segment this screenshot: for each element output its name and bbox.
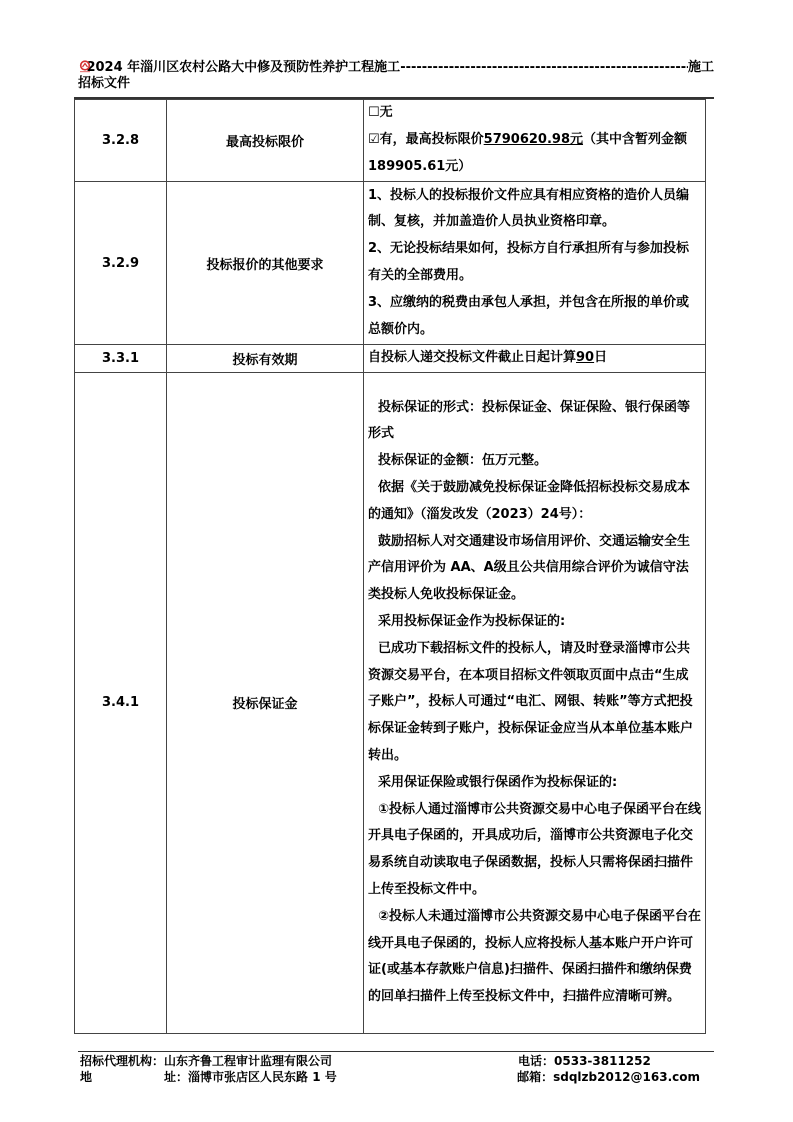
phone-label: 电话： — [518, 1054, 554, 1068]
organization-logo-icon — [78, 62, 85, 76]
table-row: 3.4.1 投标保证金 投标保证的形式：投标保证金、保证保险、银行保函等形式 投… — [75, 372, 706, 1033]
clause-content: 投标保证的形式：投标保证金、保证保险、银行保函等形式 投标保证的金额：伍万元整。… — [364, 372, 706, 1033]
footer-divider — [78, 1051, 714, 1052]
electronic-guarantee-option-1: ①投标人通过淄博市公共资源交易中心电子保函平台在线开具电子保函的，开具成功后，淄… — [368, 797, 701, 904]
bid-data-table: 3.2.8 最高投标限价 ☐无 ☑有，最高投标限价5790620.98元（其中含… — [74, 99, 706, 1034]
address-label-1: 地 — [80, 1069, 164, 1085]
clause-item: 投标保证金 — [167, 372, 364, 1033]
document-type: 招标文件 — [78, 76, 714, 92]
table-row: 3.2.8 最高投标限价 ☐无 ☑有，最高投标限价5790620.98元（其中含… — [75, 100, 706, 182]
guarantee-exemption: 鼓励招标人对交通建设市场信用评价、交通运输安全生产信用评价为 AA、A级且公共信… — [368, 529, 701, 609]
agency-name: 山东齐鲁工程审计监理有限公司 — [164, 1054, 332, 1068]
page-footer: 招标代理机构：山东齐鲁工程审计监理有限公司 电话：0533-3811252 地址… — [80, 1053, 700, 1085]
validity-days: 90 — [576, 350, 594, 365]
validity-prefix: 自投标人递交投标文件截止日起计算 — [368, 350, 576, 365]
table-row: 3.3.1 投标有效期 自投标人递交投标文件截止日起计算90日 — [75, 345, 706, 373]
clause-item: 投标报价的其他要求 — [167, 182, 364, 345]
email-label: 邮箱： — [517, 1070, 553, 1084]
email-address: sdqlzb2012@163.com — [553, 1070, 700, 1084]
option-none: ☐无 — [368, 100, 701, 127]
option-yes: ☑有，最高投标限价5790620.98元（其中含暂列金额189905.61元） — [368, 127, 701, 181]
clause-content: 1、投标人的投标报价文件应具有相应资格的造价人员编制、复核，并加盖造价人员执业资… — [364, 182, 706, 345]
max-price-value: 5790620.98元 — [484, 132, 583, 147]
guarantee-basis: 依据《关于鼓励减免投标保证金降低招标投标交易成本的通知》（淄发改发（2023）2… — [368, 475, 701, 529]
clause-item: 投标有效期 — [167, 345, 364, 373]
clause-number: 3.3.1 — [75, 345, 167, 373]
guarantee-amount: 投标保证的金额：伍万元整。 — [368, 448, 701, 475]
clause-content: ☐无 ☑有，最高投标限价5790620.98元（其中含暂列金额189905.61… — [364, 100, 706, 182]
requirement-1: 1、投标人的投标报价文件应具有相应资格的造价人员编制、复核，并加盖造价人员执业资… — [368, 183, 701, 237]
header-suffix: 施工 — [688, 60, 714, 76]
option-yes-label: ☑有，最高投标限价 — [368, 132, 484, 147]
agency-label: 招标代理机构： — [80, 1054, 164, 1068]
table-row: 3.2.9 投标报价的其他要求 1、投标人的投标报价文件应具有相应资格的造价人员… — [75, 182, 706, 345]
validity-suffix: 日 — [594, 350, 607, 365]
requirement-3: 3、应缴纳的税费由承包人承担，并包含在所报的单价或总额价内。 — [368, 290, 701, 344]
phone-number: 0533-3811252 — [554, 1054, 651, 1068]
address: 淄博市张店区人民东路 1 号 — [188, 1070, 337, 1084]
requirement-2: 2、无论投标结果如何，投标方自行承担所有与参加投标有关的全部费用。 — [368, 236, 701, 290]
deposit-instructions: 已成功下载招标文件的投标人，请及时登录淄博市公共资源交易平台，在本项目招标文件领… — [368, 636, 701, 770]
address-label-2: 址： — [164, 1070, 188, 1084]
clause-number: 3.2.9 — [75, 182, 167, 345]
insurance-heading: 采用保证保险或银行保函作为投标保证的: — [368, 770, 701, 797]
header-dashes: ----------------------------------------… — [400, 60, 688, 76]
header-title-line: 2024 年淄川区农村公路大中修及预防性养护工程施工 -------------… — [78, 60, 714, 76]
deposit-heading: 采用投标保证金作为投标保证的: — [368, 609, 701, 636]
clause-item: 最高投标限价 — [167, 100, 364, 182]
page-header: 2024 年淄川区农村公路大中修及预防性养护工程施工 -------------… — [78, 60, 714, 92]
clause-content: 自投标人递交投标文件截止日起计算90日 — [364, 345, 706, 373]
clause-number: 3.4.1 — [75, 372, 167, 1033]
clause-number: 3.2.8 — [75, 100, 167, 182]
project-title: 2024 年淄川区农村公路大中修及预防性养护工程施工 — [86, 60, 400, 76]
guarantee-form: 投标保证的形式：投标保证金、保证保险、银行保函等形式 — [368, 395, 701, 449]
validity-period: 自投标人递交投标文件截止日起计算90日 — [368, 345, 701, 372]
electronic-guarantee-option-2: ②投标人未通过淄博市公共资源交易中心电子保函平台在线开具电子保函的，投标人应将投… — [368, 904, 701, 1011]
